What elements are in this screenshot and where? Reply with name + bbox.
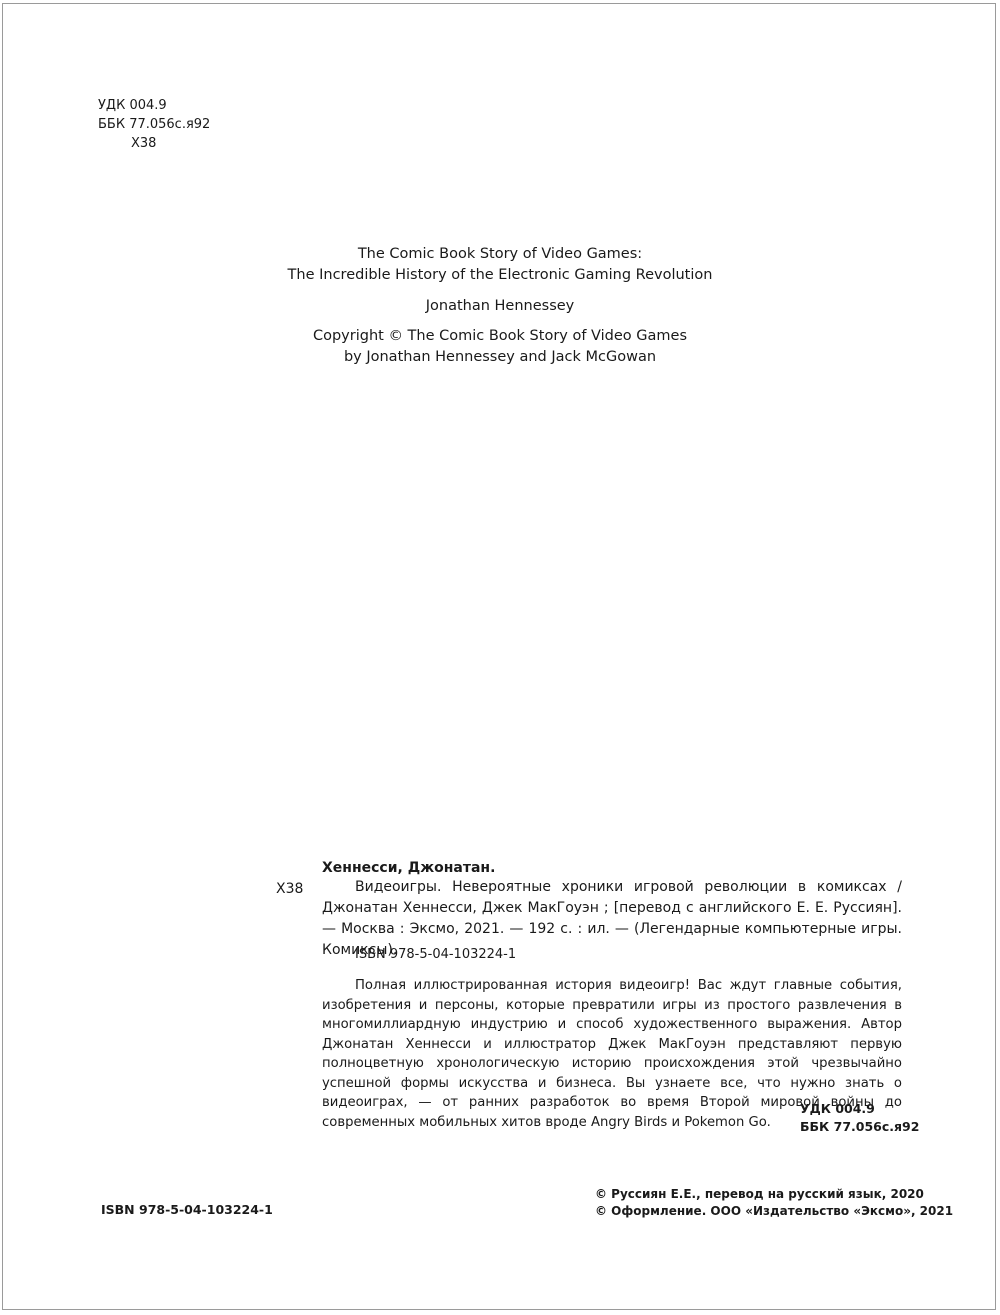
- original-title: The Comic Book Story of Video Games: The…: [0, 244, 1000, 286]
- copyright-translation: © Руссиян Е.Е., перевод на русский язык,…: [595, 1186, 953, 1203]
- original-copyright-line2: by Jonathan Hennessey and Jack McGowan: [0, 347, 1000, 368]
- catalog-isbn: ISBN 978-5-04-103224-1: [355, 947, 516, 962]
- copyright-design: © Оформление. ООО «Издательство «Эксмо»,…: [595, 1203, 953, 1220]
- catalog-heading: Хеннесси, Джонатан.: [322, 860, 495, 876]
- catalog-classification: УДК 004.9 ББК 77.056с.я92: [800, 1100, 919, 1136]
- author-mark: Х38: [98, 134, 210, 153]
- classification-block: УДК 004.9 ББК 77.056с.я92 Х38: [98, 96, 210, 153]
- catalog-udk: УДК 004.9: [800, 1100, 919, 1118]
- bbk-code: ББК 77.056с.я92: [98, 115, 210, 134]
- footer-copyrights: © Руссиян Е.Е., перевод на русский язык,…: [595, 1186, 953, 1220]
- catalog-bbk: ББК 77.056с.я92: [800, 1118, 919, 1136]
- udk-code: УДК 004.9: [98, 96, 210, 115]
- original-copyright-line1: Copyright © The Comic Book Story of Vide…: [0, 326, 1000, 347]
- original-author: Jonathan Hennessey: [0, 296, 1000, 317]
- footer-isbn: ISBN 978-5-04-103224-1: [101, 1202, 273, 1217]
- original-title-line1: The Comic Book Story of Video Games:: [0, 244, 1000, 265]
- original-copyright: Copyright © The Comic Book Story of Vide…: [0, 326, 1000, 368]
- catalog-author-mark: Х38: [276, 881, 303, 897]
- original-title-line2: The Incredible History of the Electronic…: [0, 265, 1000, 286]
